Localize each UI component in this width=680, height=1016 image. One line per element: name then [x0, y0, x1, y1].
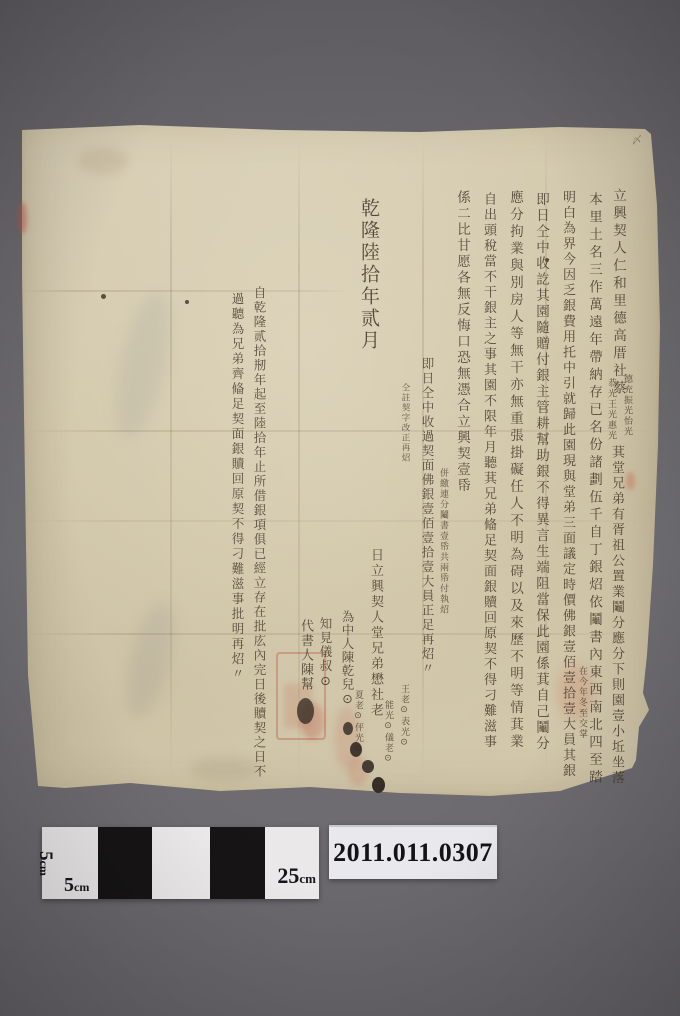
scale-segment-white-3: 25cm: [265, 827, 319, 899]
seller-names-right: 德充振光怡光: [621, 374, 634, 437]
signature-names-b: 能光⊙儀老⊙: [382, 700, 395, 765]
contract-column-1-continued: 萁堂兄弟有胥祖公置業鬮分應分下則園壹小坵坐落: [607, 445, 626, 786]
scale-segment-white-1: 5cm 5cm: [42, 827, 98, 899]
signature-scribe: 代書人陳幫: [296, 619, 315, 692]
scale-label-5cm: 5cm: [64, 875, 89, 895]
scale-label-vertical: 5cm: [36, 851, 55, 876]
signature-names-a: 王老⊙表光⊙: [398, 684, 411, 749]
contract-column-1: 立興契人仁和里德高厝社蔡: [608, 188, 628, 398]
scale-segment-black-2: [210, 827, 265, 899]
corner-mark: 〆: [628, 134, 644, 145]
scale-segment-black-1: [98, 827, 152, 899]
payment-receipt-column: 即日仝中收過契面佛銀壹佰壹拾壹大員正足再炤〃: [418, 357, 436, 676]
contract-column-5: 應分拘業與別房人等無干亦無重張掛礙任人不明為碍以及來歷不明等情萁業: [505, 190, 525, 751]
contract-column-4: 即日仝中收訖其園隨贈付銀主管耕幫助銀不得異言生端阻當保此園係萁自己鬮分: [531, 192, 551, 752]
contract-column-3: 明白為界今因乏銀費用托中引就歸此園現與堂弟三面議定時價佛銀壹佰壹拾壹大員其銀: [558, 190, 577, 779]
accession-number-label: 2011.011.0307: [329, 825, 497, 879]
annotation-column-2: 過聽為兄弟齊偹足契面銀贖回原契不得刁難滋事批明再炤〃: [228, 292, 246, 682]
scale-segment-white-2: [152, 827, 210, 899]
contract-column-2: 本里土名三作萬遠年帶納存已名份諸劃伍千自丁銀炤依鬮書內東西南北四至踏: [584, 192, 604, 787]
accession-number: 2011.011.0307: [333, 838, 493, 868]
signature-principal: 日立興契人堂兄弟懋社老: [366, 548, 385, 719]
date-column: 乾隆陸拾年贰月: [356, 198, 383, 352]
contract-column-6: 自出頭稅當不干銀主之事其園不限年月聽萁兄弟偹足契面銀贖回原契不得刁難滋事: [479, 192, 498, 750]
contract-column-7: 係二比甘愿各無反悔口恐無憑合立興契壹帋: [452, 190, 472, 494]
photo-background: 〆 立興契人仁和里德高厝社蔡 德充振光怡光 恭光王光惠光 萁堂兄弟有胥祖公置業鬮…: [0, 0, 680, 1016]
photo-scale-bar: 5cm 5cm 25cm: [42, 827, 319, 899]
scale-label-25cm: 25cm: [277, 865, 316, 887]
column-7-small-note: 併繳連分鬮書壹帋共兩帋付執炤: [437, 468, 450, 615]
signature-mediator: 為中人陳乾兒⊙: [338, 610, 356, 707]
receipt-small-note: 仝註契字改正再炤: [399, 383, 411, 463]
signature-witness: 知見儀叔⊙: [316, 617, 334, 690]
annotation-column-1: 自乾隆贰拾剏年起至陸拾年止所借銀項俱已經立存在批庅內完日後贖契之日不: [250, 286, 268, 779]
seller-names-left: 恭光王光惠光: [605, 378, 618, 441]
